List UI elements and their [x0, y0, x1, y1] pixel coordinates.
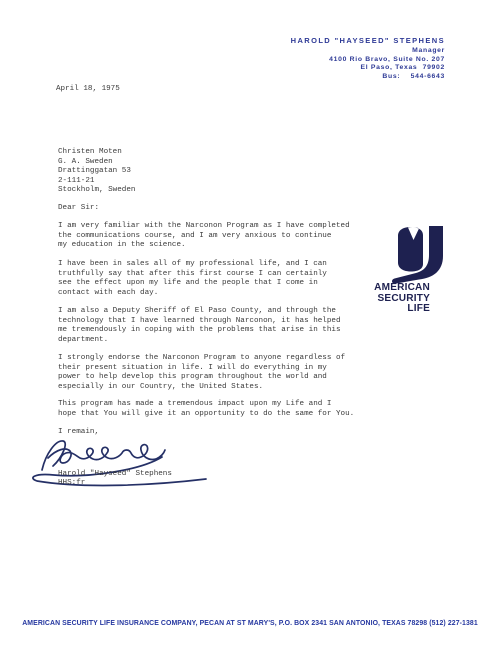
letter-date: April 18, 1975	[56, 85, 120, 95]
recipient-address: Christen Moten G. A. Sweden Drattinggata…	[58, 148, 135, 196]
handwritten-signature	[24, 437, 214, 491]
letterhead-address-line1: 4100 Rio Bravo, Suite No. 207	[291, 56, 445, 65]
american-security-life-logo-icon	[390, 226, 454, 286]
paragraph-3: I am also a Deputy Sheriff of El Paso Co…	[58, 307, 370, 345]
footer-company-line: AMERICAN SECURITY LIFE INSURANCE COMPANY…	[0, 620, 500, 627]
paragraph-5: This program has made a tremendous impac…	[58, 400, 370, 419]
reference-initials: HHS:fr	[58, 479, 85, 489]
letterhead-title: Manager	[291, 47, 445, 56]
salutation: Dear Sir:	[58, 204, 99, 214]
letter-page: HAROLD "HAYSEED" STEPHENS Manager 4100 R…	[0, 0, 500, 647]
logo-text-american: AMERICAN	[363, 282, 430, 293]
letterhead-block: HAROLD "HAYSEED" STEPHENS Manager 4100 R…	[291, 36, 445, 81]
logo-text-life: LIFE	[363, 303, 430, 314]
closing-line: I remain,	[58, 428, 99, 438]
letterhead-phone: Bus: 544-6643	[291, 73, 445, 82]
paragraph-1: I am very familiar with the Narconon Pro…	[58, 222, 370, 251]
letterhead-name: HAROLD "HAYSEED" STEPHENS	[291, 36, 445, 45]
paragraph-4: I strongly endorse the Narconon Program …	[58, 354, 370, 392]
logo-text-block: AMERICAN SECURITY LIFE	[363, 282, 430, 314]
letterhead-address-line2: El Paso, Texas 79902	[291, 64, 445, 73]
paragraph-2: I have been in sales all of my professio…	[58, 260, 370, 298]
